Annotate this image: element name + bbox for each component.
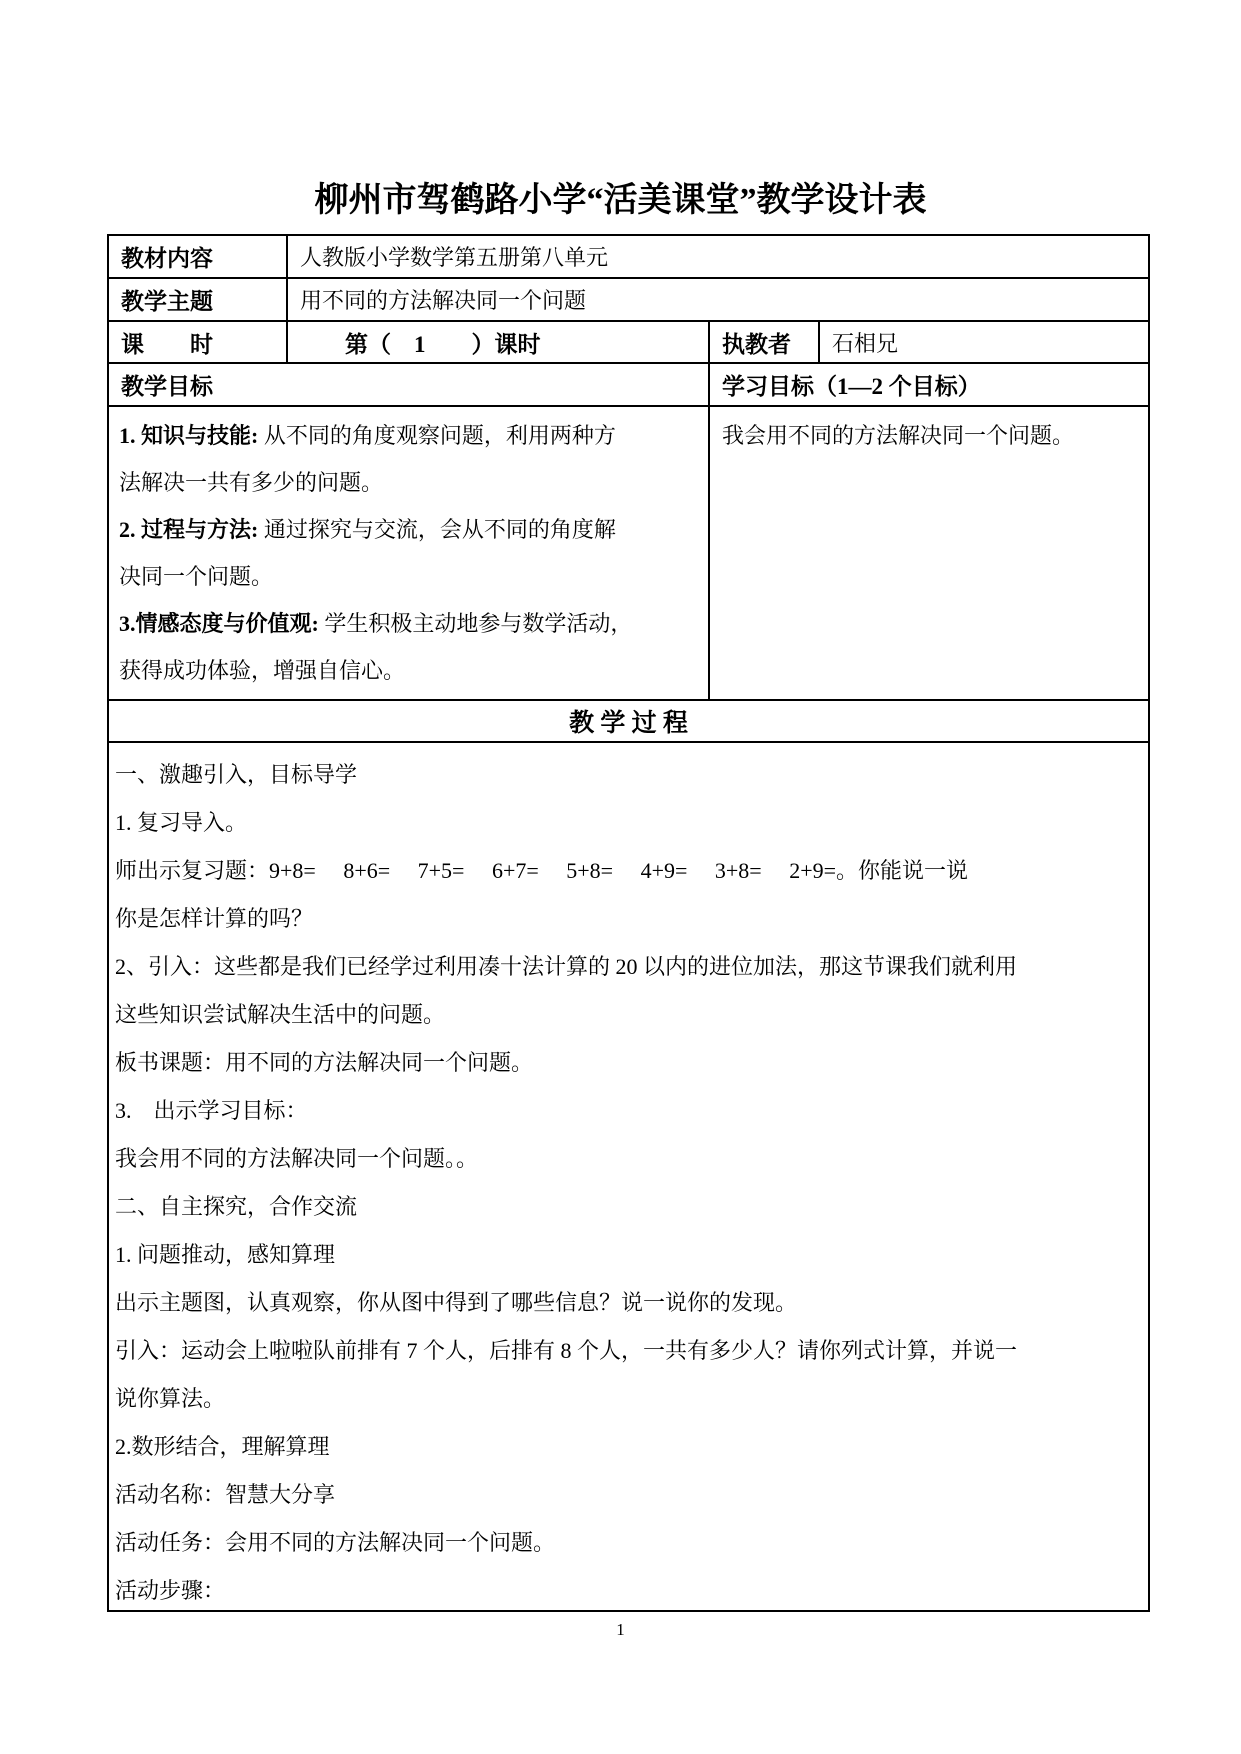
learning-objectives-text: 我会用不同的方法解决同一个问题。 [710,407,1148,699]
process-line: 2.数形结合，理解算理 [115,1423,1142,1471]
process-line: 活动步骤： [115,1567,1142,1615]
material-value: 人教版小学数学第五册第八单元 [288,236,1148,277]
process-line: 引入：运动会上啦啦队前排有 7 个人，后排有 8 个人，一共有多少人？请你列式计… [115,1327,1142,1375]
process-line: 活动任务：会用不同的方法解决同一个问题。 [115,1519,1142,1567]
process-line: 这些知识尝试解决生活中的问题。 [115,991,1142,1039]
process-line: 出示主题图，认真观察，你从图中得到了哪些信息？说一说你的发现。 [115,1279,1142,1327]
process-header-row: 教 学 过 程 [109,701,1148,743]
teaching-objectives-label: 教学目标 [109,364,710,405]
topic-value: 用不同的方法解决同一个问题 [288,279,1148,320]
period-label: 课 时 [109,322,288,362]
teacher-name: 石相兄 [820,322,1148,362]
process-line: 1. 问题推动，感知算理 [115,1231,1142,1279]
objective-line: 决同一个问题。 [119,553,702,600]
process-line: 说你算法。 [115,1375,1142,1423]
material-label: 教材内容 [109,236,288,277]
process-line: 3. 出示学习目标： [115,1087,1142,1135]
topic-row: 教学主题 用不同的方法解决同一个问题 [109,279,1148,322]
objective-line: 1. 知识与技能: 从不同的角度观察问题，利用两种方 [119,412,702,459]
objectives-content-row: 1. 知识与技能: 从不同的角度观察问题，利用两种方 法解决一共有多少的问题。 … [109,407,1148,701]
teacher-label: 执教者 [710,322,820,362]
process-line: 一、激趣引入，目标导学 [115,751,1142,799]
teaching-objectives-text: 1. 知识与技能: 从不同的角度观察问题，利用两种方 法解决一共有多少的问题。 … [109,407,710,699]
process-line: 师出示复习题：9+8= 8+6= 7+5= 6+7= 5+8= 4+9= 3+8… [115,847,1142,895]
lesson-design-table: 教材内容 人教版小学数学第五册第八单元 教学主题 用不同的方法解决同一个问题 课… [107,234,1150,1612]
process-line: 2、引入：这些都是我们已经学过利用凑十法计算的 20 以内的进位加法，那这节课我… [115,943,1142,991]
process-line: 1. 复习导入。 [115,799,1142,847]
objective-line: 获得成功体验，增强自信心。 [119,647,702,694]
process-content-row: 一、激趣引入，目标导学 1. 复习导入。 师出示复习题：9+8= 8+6= 7+… [109,743,1148,1615]
process-header: 教 学 过 程 [109,701,1148,741]
process-line: 活动名称：智慧大分享 [115,1471,1142,1519]
learning-objectives-label: 学习目标（1—2 个目标） [710,364,1148,405]
objective-line: 3.情感态度与价值观: 学生积极主动地参与数学活动， [119,600,702,647]
period-row: 课 时 第（ 1 ）课时 执教者 石相兄 [109,322,1148,364]
objectives-header-row: 教学目标 学习目标（1—2 个目标） [109,364,1148,407]
process-line: 我会用不同的方法解决同一个问题。。 [115,1135,1142,1183]
period-value: 第（ 1 ）课时 [288,322,710,362]
topic-label: 教学主题 [109,279,288,320]
process-line: 二、自主探究，合作交流 [115,1183,1142,1231]
objective-line: 2. 过程与方法: 通过探究与交流，会从不同的角度解 [119,506,702,553]
process-content: 一、激趣引入，目标导学 1. 复习导入。 师出示复习题：9+8= 8+6= 7+… [109,743,1148,1615]
page-title: 柳州市驾鹤路小学“活美课堂”教学设计表 [0,179,1241,223]
learning-objective-line: 我会用不同的方法解决同一个问题。 [722,412,1142,459]
process-line: 板书课题：用不同的方法解决同一个问题。 [115,1039,1142,1087]
page-number: 1 [0,1620,1241,1640]
objective-line: 法解决一共有多少的问题。 [119,459,702,506]
material-row: 教材内容 人教版小学数学第五册第八单元 [109,236,1148,279]
process-line: 你是怎样计算的吗？ [115,895,1142,943]
